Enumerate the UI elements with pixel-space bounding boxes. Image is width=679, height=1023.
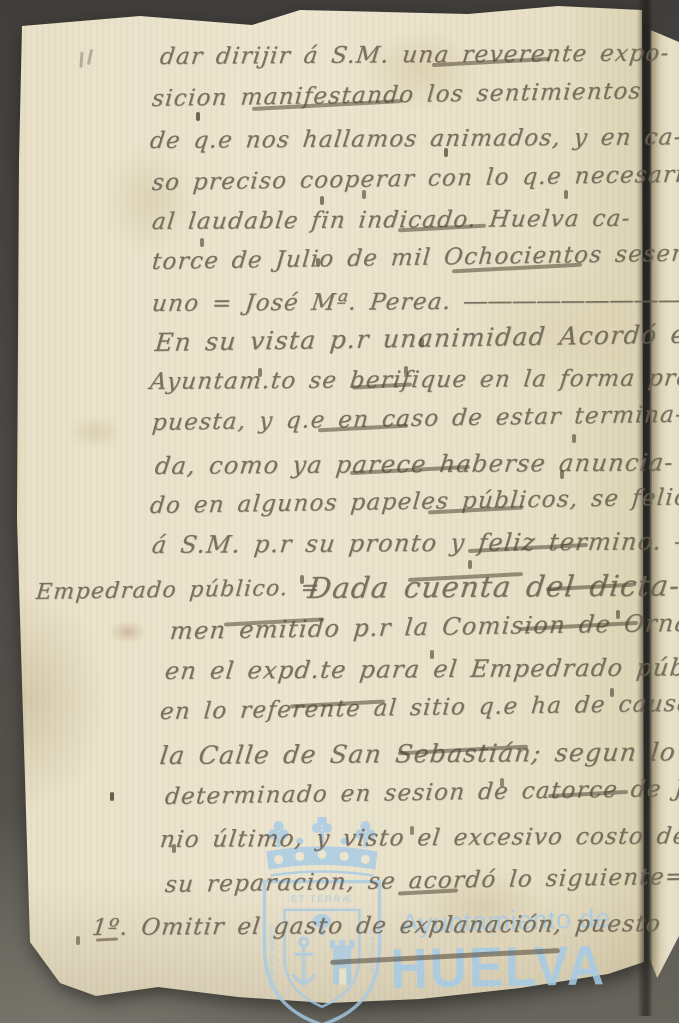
margin-note: Empedrado público. =: [35, 576, 322, 605]
manuscript-line: nio último, y visto el excesivo costo de: [158, 823, 679, 853]
manuscript-line: da, como ya parece haberse anuncia-: [153, 448, 675, 480]
scanned-manuscript-page: ET TERRÆ PORTVS MARIS CVSTODIA Ayuntamie…: [0, 0, 679, 1023]
manuscript-line: en lo referente al sitio q.e ha de causa…: [159, 690, 679, 725]
ink-flourish: [330, 948, 560, 965]
ink-underline: [96, 937, 118, 941]
manuscript-line: torce de Julio de mil Ochocientos sesent…: [151, 240, 679, 275]
manuscript-line: sicion manifestando los sentimientos: [151, 78, 643, 112]
ink-bleed-specks: [196, 112, 200, 121]
manuscript-line: á S.M. p.r su pronto y feliz termino. ――: [150, 527, 679, 559]
manuscript-line: 1º. Omitir el gasto de explanación, pues…: [90, 911, 662, 941]
manuscript-line: dar dirijir á S.M. una reverente expo-: [158, 40, 671, 70]
manuscript-line: de q.e nos hallamos animados, y en ca-: [148, 124, 679, 154]
manuscript-line: en el expd.te para el Empedrado público: [163, 653, 679, 685]
manuscript-line: uno = José Mª. Perea. ――――――――――: [150, 287, 679, 317]
manuscript-line: Ayuntam.to se berifique en la forma pro-: [148, 365, 679, 395]
manuscript-line: puesta, y q.e en caso de estar termina-: [151, 402, 679, 436]
manuscript-line: al laudable fin indicado. Huelva ca-: [150, 206, 632, 235]
manuscript-text: dar dirijir á S.M. una reverente expo- s…: [0, 0, 679, 1023]
pencil-mark: [72, 46, 102, 71]
manuscript-line: so preciso cooperar con lo q.e necesario…: [151, 161, 679, 196]
manuscript-line: do en algunos papeles públicos, se felic…: [149, 484, 679, 519]
manuscript-line: En su vista p.r unanimidad Acordó el: [154, 320, 679, 357]
